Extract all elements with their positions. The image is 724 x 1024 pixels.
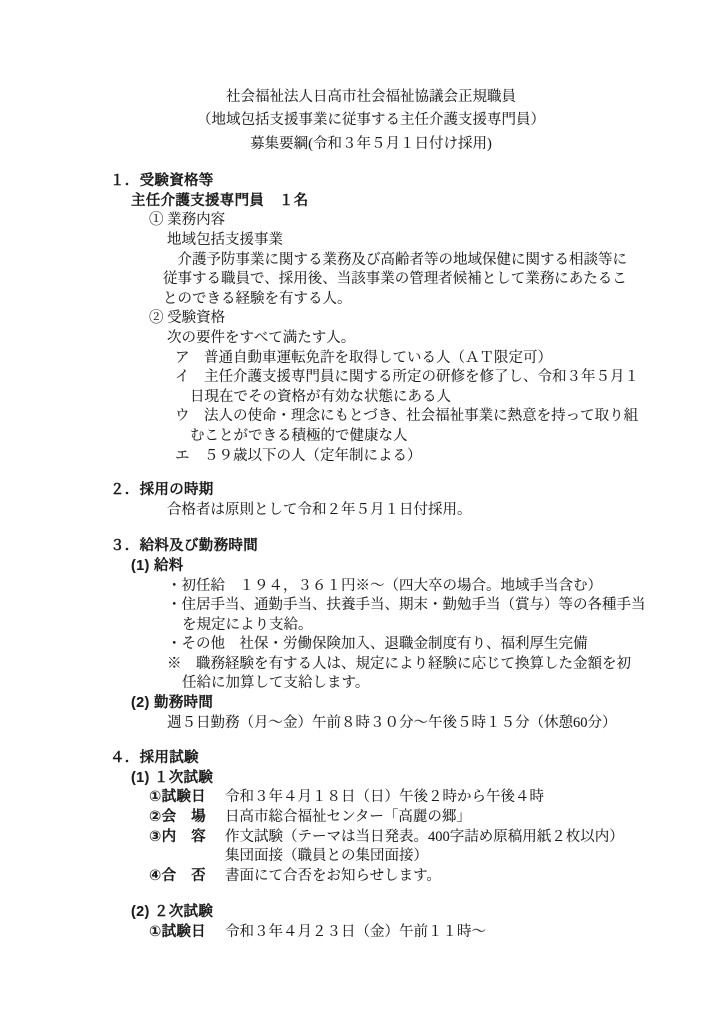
exam-content-line-2: 集団面接（職員との集団面接） bbox=[225, 847, 624, 867]
second-exam-row-date: ①試験日 令和３年４月２３日（金）午前１１時～ bbox=[149, 923, 658, 943]
salary-allowances-line: ・住居手当、通勤手当、扶養手当、期末・勤勉手当（賞与）等の各種手当 bbox=[167, 596, 658, 616]
salary-allowances: ・住居手当、通勤手当、扶養手当、期末・勤勉手当（賞与）等の各種手当 を規定により… bbox=[110, 596, 658, 635]
requirement-text: ウ 法人の使命・理念にもとづき、社会福祉事業に熱意を持って取り組 bbox=[175, 407, 658, 427]
section-2-heading: ２．採用の時期 bbox=[110, 481, 658, 501]
requirement-text-continuation: 日現在でその資格が有効な状態にある人 bbox=[175, 388, 658, 408]
exam-row-date: ①試験日 令和３年４月１８日（日）午後２時から午後４時 bbox=[149, 788, 658, 808]
section-2-hiring-period: ２．採用の時期 合格者は原則として令和２年５月１日付採用。 bbox=[110, 481, 658, 520]
scanned-document-page: 社会福祉法人日高市社会福祉協議会正規職員 （地域包括支援事業に従事する主任介護支… bbox=[0, 0, 724, 1024]
salary-other: ・その他 社保・労働保険加入、退職金制度有り、福利厚生完備 bbox=[167, 635, 658, 655]
hours-subheading: (2) 勤務時間 bbox=[131, 694, 658, 714]
requirement-item-i: イ 主任介護支援専門員に関する所定の研修を修了し、令和３年５月１ 日現在でその資… bbox=[110, 368, 658, 407]
salary-note-line: ※ 職務経験を有する人は、規定により経験に応じて換算した金額を初 bbox=[167, 655, 658, 675]
hiring-period-body: 合格者は原則として令和２年５月１日付採用。 bbox=[167, 501, 658, 521]
exam-row-venue: ②会 場 日高市総合福祉センター「高麗の郷」 bbox=[149, 808, 658, 828]
exam-row-value: 令和３年４月１８日（日）午後２時から午後４時 bbox=[225, 788, 544, 808]
position-title: 主任介護支援専門員 １名 bbox=[131, 192, 658, 212]
section-1-qualifications: １．受験資格等 主任介護支援専門員 １名 ① 業務内容 地域包括支援事業 介護予… bbox=[110, 172, 658, 466]
requirement-text: ア 普通自動車運転免許を取得している人（ＡＴ限定可） bbox=[175, 349, 658, 369]
exam-row-label: ②会 場 bbox=[149, 808, 225, 828]
requirement-text: イ 主任介護支援専門員に関する所定の研修を修了し、令和３年５月１ bbox=[175, 368, 658, 388]
exam-row-label: ①試験日 bbox=[149, 923, 225, 943]
requirement-item-e: エ ５９歳以下の人（定年制による） bbox=[110, 447, 658, 467]
requirement-item-a: ア 普通自動車運転免許を取得している人（ＡＴ限定可） bbox=[110, 349, 658, 369]
salary-subheading: (1) 給料 bbox=[131, 557, 658, 577]
duties-label: ① 業務内容 bbox=[149, 211, 658, 231]
qualification-intro: 次の要件をすべて満たす人。 bbox=[167, 329, 658, 349]
title-line-2: （地域包括支援事業に従事する主任介護支援専門員） bbox=[18, 109, 724, 132]
title-line-3: 募集要綱(令和３年５月１日付け採用) bbox=[18, 133, 724, 156]
section-3-heading: ３．給料及び勤務時間 bbox=[110, 537, 658, 557]
section-4-exam: ４．採用試験 (1) １次試験 ①試験日 令和３年４月１８日（日）午後２時から午… bbox=[110, 749, 658, 942]
duties-desc-line: 従事する職員で、採用後、当該事業の管理者候補として業務にあたるこ bbox=[163, 270, 658, 290]
duties-desc-line: 介護予防事業に関する業務及び高齢者等の地域保健に関する相談等に bbox=[163, 251, 658, 271]
exam-row-content: ③内 容 作文試験（テーマは当日発表。400字詰め原稿用紙２枚以内） 集団面接（… bbox=[149, 828, 658, 867]
salary-note-continuation: 任給に加算して支給します。 bbox=[167, 674, 658, 694]
exam-row-value: 書面にて合否をお知らせします。 bbox=[225, 867, 441, 887]
exam-row-label: ①試験日 bbox=[149, 788, 225, 808]
document-title: 社会福祉法人日高市社会福祉協議会正規職員 （地域包括支援事業に従事する主任介護支… bbox=[0, 86, 724, 156]
qualification-label: ② 受験資格 bbox=[149, 309, 658, 329]
exam-row-value: 令和３年４月２３日（金）午前１１時～ bbox=[225, 923, 486, 943]
salary-allowances-continuation: を規定により支給。 bbox=[167, 616, 658, 636]
exam-row-value-multiline: 作文試験（テーマは当日発表。400字詰め原稿用紙２枚以内） 集団面接（職員との集… bbox=[225, 828, 624, 867]
first-exam-subheading: (1) １次試験 bbox=[131, 769, 658, 789]
hours-body: 週５日勤務（月～金）午前８時３０分～午後５時１５分（休憩60分） bbox=[167, 714, 658, 734]
exam-row-label: ③内 容 bbox=[149, 828, 225, 867]
exam-row-result: ④合 否 書面にて合否をお知らせします。 bbox=[149, 867, 658, 887]
duties-name: 地域包括支援事業 bbox=[167, 231, 658, 251]
exam-content-line-1: 作文試験（テーマは当日発表。400字詰め原稿用紙２枚以内） bbox=[225, 828, 624, 848]
salary-note: ※ 職務経験を有する人は、規定により経験に応じて換算した金額を初 任給に加算して… bbox=[110, 655, 658, 694]
section-1-heading: １．受験資格等 bbox=[110, 172, 658, 192]
duties-description: 介護予防事業に関する業務及び高齢者等の地域保健に関する相談等に 従事する職員で、… bbox=[110, 251, 658, 310]
requirement-item-u: ウ 法人の使命・理念にもとづき、社会福祉事業に熱意を持って取り組 むことができる… bbox=[110, 407, 658, 446]
salary-starting-pay: ・初任給 １９４，３６１円※～（四大卒の場合。地域手当含む） bbox=[167, 577, 658, 597]
title-line-1: 社会福祉法人日高市社会福祉協議会正規職員 bbox=[18, 86, 724, 109]
duties-desc-line: とのできる経験を有する人。 bbox=[163, 290, 658, 310]
section-4-heading: ４．採用試験 bbox=[110, 749, 658, 769]
second-exam-subheading: (2) ２次試験 bbox=[131, 903, 658, 923]
requirement-text: エ ５９歳以下の人（定年制による） bbox=[175, 447, 658, 467]
section-3-salary-hours: ３．給料及び勤務時間 (1) 給料 ・初任給 １９４，３６１円※～（四大卒の場合… bbox=[110, 537, 658, 733]
requirement-text-continuation: むことができる積極的で健康な人 bbox=[175, 427, 658, 447]
exam-row-value: 日高市総合福祉センター「高麗の郷」 bbox=[225, 808, 471, 828]
exam-row-label: ④合 否 bbox=[149, 867, 225, 887]
